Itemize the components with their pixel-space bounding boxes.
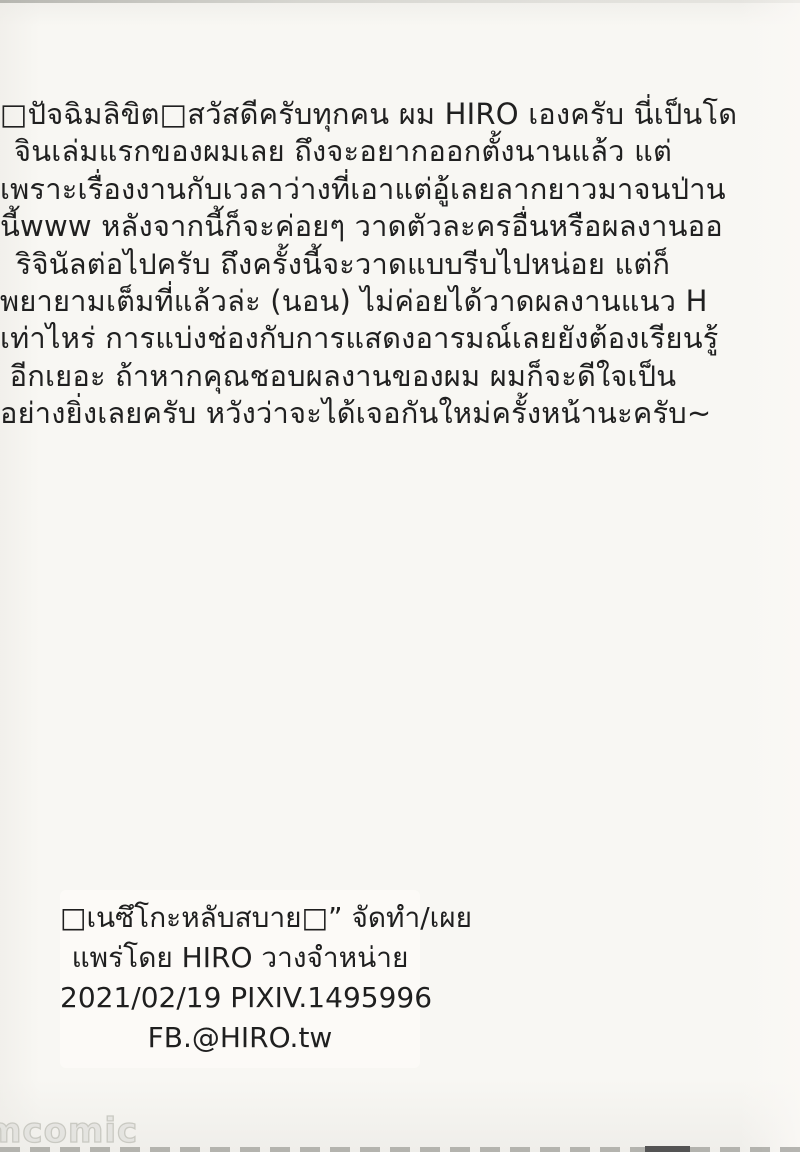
- afterword-line: พยายามเต็มที่แล้วล่ะ (นอน) ไม่ค่อยได้วาด…: [0, 283, 686, 320]
- scanned-afterword-page: □ปัจฉิมลิขิต□สวัสดีครับทุกคน ผม HIRO เอง…: [0, 0, 800, 1152]
- afterword-line: จินเล่มแรกของผมเลย ถึงจะอยากออกตั้งนานแล…: [0, 133, 686, 170]
- colophon-publisher-line: แพร่โดย HIRO วางจำหน่าย: [60, 938, 420, 978]
- bottom-cut-dark-dash: [645, 1146, 690, 1152]
- bottom-cut-line: [0, 1147, 800, 1152]
- afterword-line: □ปัจฉิมลิขิต□สวัสดีครับทุกคน ผม HIRO เอง…: [0, 96, 686, 133]
- afterword-line: เท่าไหร่ การแบ่งช่องกับการแสดงอารมณ์เลยย…: [0, 320, 686, 357]
- afterword-paragraph: □ปัจฉิมลิขิต□สวัสดีครับทุกคน ผม HIRO เอง…: [0, 96, 686, 433]
- afterword-line: เพราะเรื่องงานกับเวลาว่างที่เอาแต่อู้เลย…: [0, 171, 686, 208]
- colophon-date-pixiv-line: 2021/02/19 PIXIV.1495996: [60, 978, 420, 1018]
- colophon-title-line: □เนซึโกะหลับสบาย□” จัดทำ/เผย: [60, 898, 420, 938]
- afterword-line: ริจินัลต่อไปครับ ถึงครั้งนี้จะวาดแบบรีบไ…: [0, 246, 686, 283]
- colophon-facebook-line: FB.@HIRO.tw: [60, 1018, 420, 1058]
- afterword-line: อย่างยิ่งเลยครับ หวังว่าจะได้เจอกันใหม่ค…: [0, 395, 686, 432]
- afterword-line: นี้www หลังจากนี้ก็จะค่อยๆ วาดตัวละครอื่…: [0, 208, 686, 245]
- mcomic-watermark: mcomic: [0, 1111, 138, 1151]
- afterword-line: อีกเยอะ ถ้าหากคุณชอบผลงานของผม ผมก็จะดีใ…: [0, 358, 686, 395]
- colophon-block: □เนซึโกะหลับสบาย□” จัดทำ/เผย แพร่โดย HIR…: [60, 890, 420, 1068]
